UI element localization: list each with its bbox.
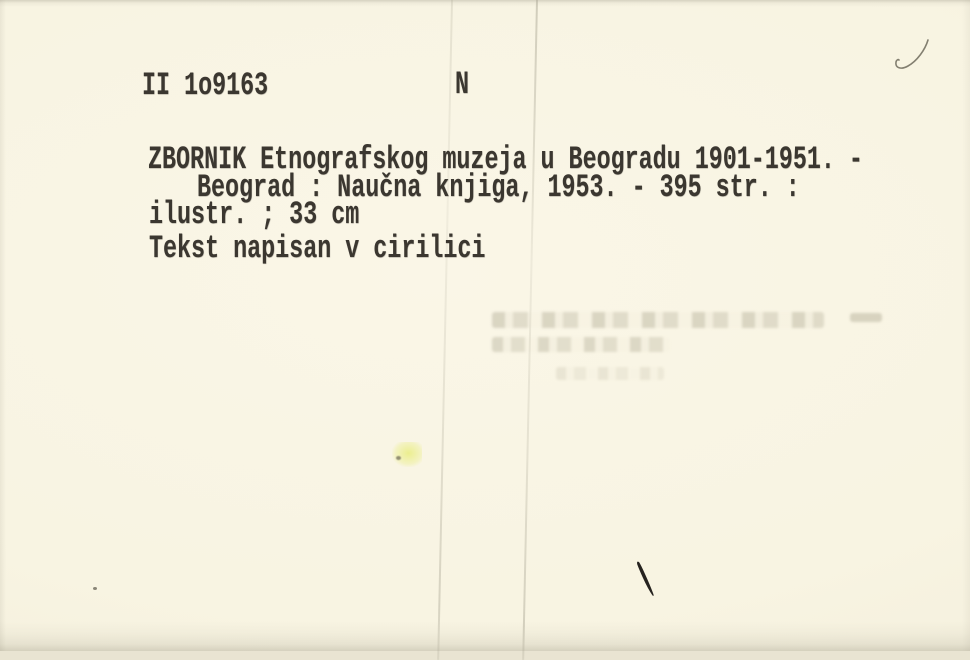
dark-speck-bottom-left	[93, 587, 97, 590]
yellow-stain	[392, 442, 422, 467]
entry-line-3: ilustr. ; 33 cm	[149, 196, 359, 233]
section-letter: N	[455, 66, 469, 103]
bleedthrough-dash	[850, 313, 882, 322]
bleedthrough-line-2	[492, 337, 670, 352]
bleedthrough-line-1	[492, 312, 824, 328]
call-number: II 1o9163	[142, 67, 268, 104]
bleedthrough-line-3	[556, 367, 664, 380]
pencil-checkmark	[885, 30, 940, 80]
crease-line-left	[437, 0, 453, 651]
crease-line-right	[522, 0, 538, 651]
note-line: Tekst napisan v cirilici	[149, 230, 485, 267]
ink-slash	[630, 556, 664, 602]
catalog-card: II 1o9163 N ZBORNIK Etnografskog muzeja …	[0, 0, 970, 651]
dark-speck-on-stain	[396, 456, 401, 460]
